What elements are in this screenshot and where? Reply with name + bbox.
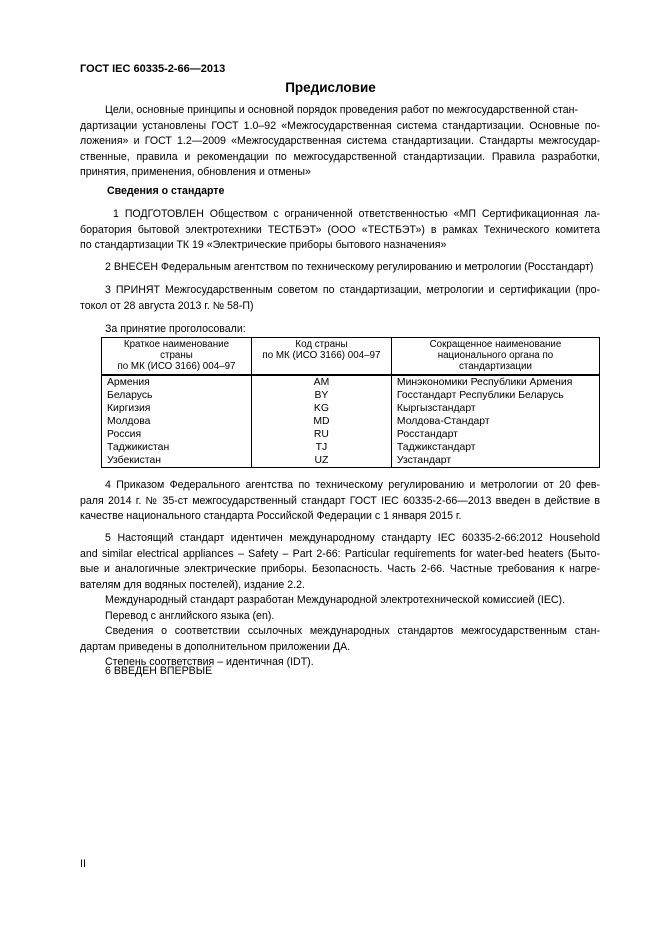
text-line: дартизации установлены ГОСТ 1.0–92 «Межг… (80, 119, 600, 135)
table-row: КиргизияKGКыргызстандарт (102, 402, 600, 415)
column-header-body: Сокращенное наименование национального о… (391, 338, 599, 375)
text-line: 3 ПРИНЯТ Межгосударственным советом по с… (80, 283, 600, 299)
cell-country: Беларусь (102, 389, 252, 402)
cell-code: BY (251, 389, 391, 402)
header-line: стандартизации (397, 361, 594, 372)
header-line: Код страны (257, 339, 386, 350)
item-3-adopted: 3 ПРИНЯТ Межгосударственным советом по с… (80, 283, 600, 314)
text-line: боратория бытовой электротехники ТЕСТБЭТ… (80, 223, 600, 239)
table-row: АрменияAMМинэкономики Республики Армения (102, 375, 600, 389)
text-line: 4 Приказом Федерального агентства по тех… (80, 478, 600, 494)
text-line: принятия, применения, обновления и отмен… (80, 165, 600, 181)
header-line: Сокращенное наименование (397, 339, 594, 350)
cell-code: AM (251, 375, 391, 389)
header-line: по МК (ИСО 3166) 004–97 (107, 361, 246, 372)
text-line: качестве национального стандарта Российс… (80, 509, 600, 525)
text-line: Сведения о соответствии ссылочных междун… (80, 624, 600, 640)
header-line: национального органа по (397, 350, 594, 361)
cell-standards-body: Минэкономики Республики Армения (391, 375, 599, 389)
cell-code: TJ (251, 441, 391, 454)
column-header-country: Краткое наименование страны по МК (ИСО 3… (102, 338, 252, 375)
cell-country: Таджикистан (102, 441, 252, 454)
item-1-prepared: 1 ПОДГОТОВЛЕН Обществом с ограниченной о… (80, 207, 600, 254)
cell-code: UZ (251, 454, 391, 468)
text-line: Перевод с английского языка (en). (80, 609, 600, 625)
page-title: Предисловие (0, 80, 661, 95)
text-line: and similar electrical appliances – Safe… (80, 547, 600, 563)
cell-country: Армения (102, 375, 252, 389)
text-line: 6 ВВЕДЕН ВПЕРВЫЕ (80, 664, 600, 680)
cell-code: MD (251, 415, 391, 428)
header-line: по МК (ИСО 3166) 004–97 (257, 350, 386, 361)
cell-standards-body: Таджикстандарт (391, 441, 599, 454)
text-line: вые и аналогичные электрические приборы.… (80, 562, 600, 578)
text-line: 5 Настоящий стандарт идентичен междунаро… (80, 531, 600, 547)
text-line: вателям для водяных постелей), издание 2… (80, 578, 600, 594)
item-4-order: 4 Приказом Федерального агентства по тех… (80, 478, 600, 525)
text-line: токол от 28 августа 2013 г. № 58-П) (80, 299, 600, 315)
page-number: II (80, 858, 86, 870)
cell-standards-body: Молдова-Стандарт (391, 415, 599, 428)
cell-country: Молдова (102, 415, 252, 428)
cell-country: Узбекистан (102, 454, 252, 468)
text-line: Международный стандарт разработан Междун… (80, 593, 600, 609)
item-5-identity: 5 Настоящий стандарт идентичен междунаро… (80, 531, 600, 671)
cell-standards-body: Росстандарт (391, 428, 599, 441)
vote-caption: За принятие проголосовали: (105, 322, 305, 338)
text-line: Цели, основные принципы и основной поряд… (80, 103, 600, 119)
cell-standards-body: Кыргызстандарт (391, 402, 599, 415)
header-line: страны (107, 350, 246, 361)
table-row: РоссияRUРосстандарт (102, 428, 600, 441)
text-line: раля 2014 г. № 35-ст межгосударственный … (80, 494, 600, 510)
text-line: 2 ВНЕСЕН Федеральным агентством по техни… (80, 260, 600, 276)
cell-standards-body: Узстандарт (391, 454, 599, 468)
header-line: Краткое наименование (107, 339, 246, 350)
text-line: дартам приведены в дополнительном прилож… (80, 640, 600, 656)
cell-code: KG (251, 402, 391, 415)
text-line: За принятие проголосовали: (105, 322, 305, 338)
cell-standards-body: Госстандарт Республики Беларусь (391, 389, 599, 402)
column-header-code: Код страны по МК (ИСО 3166) 004–97 (251, 338, 391, 375)
intro-paragraph: Цели, основные принципы и основной поряд… (80, 103, 600, 181)
text-line: по стандартизации ТК 19 «Электрические п… (80, 238, 600, 254)
table-header-row: Краткое наименование страны по МК (ИСО 3… (102, 338, 600, 375)
table-row: УзбекистанUZУзстандарт (102, 454, 600, 468)
voting-table: Краткое наименование страны по МК (ИСО 3… (101, 337, 600, 468)
text-line: ложения» и ГОСТ 1.2—2009 «Межгосударстве… (80, 134, 600, 150)
document-code: ГОСТ IEC 60335-2-66—2013 (80, 63, 225, 75)
item-6-introduced: 6 ВВЕДЕН ВПЕРВЫЕ (80, 664, 600, 680)
table-row: БеларусьBYГосстандарт Республики Беларус… (102, 389, 600, 402)
cell-code: RU (251, 428, 391, 441)
table-row: ТаджикистанTJТаджикстандарт (102, 441, 600, 454)
text-line: ственные, правила и рекомендации по межг… (80, 150, 600, 166)
table-row: МолдоваMDМолдова-Стандарт (102, 415, 600, 428)
text-line: 1 ПОДГОТОВЛЕН Обществом с ограниченной о… (80, 207, 600, 223)
cell-country: Россия (102, 428, 252, 441)
cell-country: Киргизия (102, 402, 252, 415)
item-2-submitted: 2 ВНЕСЕН Федеральным агентством по техни… (80, 260, 600, 276)
section-heading: Сведения о стандарте (107, 185, 224, 197)
